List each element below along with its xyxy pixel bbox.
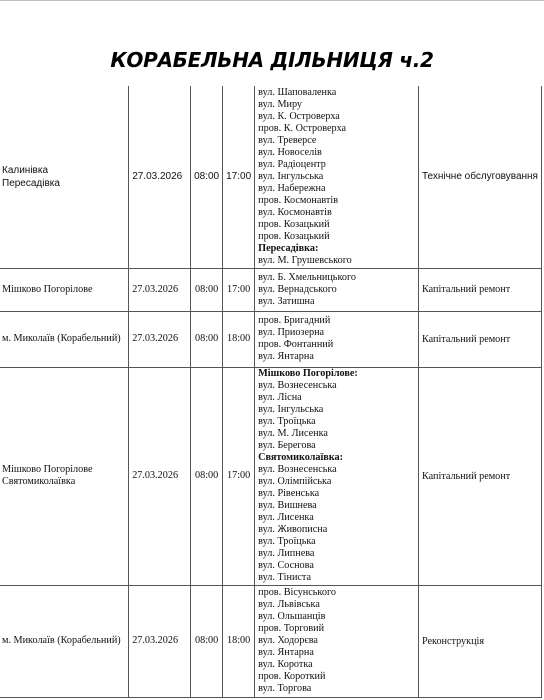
- end-time-cell: 17:00: [223, 86, 255, 268]
- street-item: вул. М. Лисенка: [258, 428, 415, 440]
- street-item: вул. Янтарна: [258, 351, 415, 363]
- location-name: Пересадівка: [2, 177, 125, 190]
- page-title: КОРАБЕЛЬНА ДІЛЬНИЦЯ ч.2: [0, 48, 544, 72]
- street-item: вул. М. Грушевського: [258, 255, 415, 267]
- date-cell: 27.03.2026: [129, 311, 191, 367]
- settlement-heading: Пересадівка:: [258, 243, 415, 255]
- location-name: Мішково Погорілове: [2, 464, 125, 476]
- street-item: вул. Миру: [258, 99, 415, 111]
- street-item: пров. Вісунського: [258, 587, 415, 599]
- street-item: вул. Тіниста: [258, 572, 415, 584]
- street-item: вул. Інгульська: [258, 404, 415, 416]
- street-item: пров. Торговий: [258, 623, 415, 635]
- end-time-cell: 17:00: [223, 268, 255, 311]
- table-row: м. Миколаїв (Корабельний)27.03.202608:00…: [0, 585, 542, 697]
- work-type-cell: Реконструкція: [418, 585, 541, 697]
- table-row: м. Миколаїв (Корабельний)27.03.202608:00…: [0, 311, 542, 367]
- streets-cell: пров. Бригаднийвул. Приозернапров. Фонта…: [255, 311, 419, 367]
- street-item: вул. Шаповаленка: [258, 87, 415, 99]
- start-time-cell: 08:00: [191, 268, 223, 311]
- street-item: вул. Живописна: [258, 524, 415, 536]
- street-item: пров. Козацький: [258, 219, 415, 231]
- street-item: вул. Космонавтів: [258, 207, 415, 219]
- location-name: м. Миколаїв (Корабельний): [2, 333, 125, 345]
- work-type-cell: Капітальний ремонт: [418, 268, 541, 311]
- street-item: вул. Треверсе: [258, 135, 415, 147]
- end-time-cell: 17:00: [223, 367, 255, 585]
- work-type-cell: Капітальний ремонт: [418, 311, 541, 367]
- street-item: вул. Троїцька: [258, 416, 415, 428]
- table-row: Мішково Погорілове27.03.202608:0017:00ву…: [0, 268, 542, 311]
- end-time-cell: 18:00: [223, 585, 255, 697]
- street-item: пров. Бригадний: [258, 315, 415, 327]
- street-item: вул. Ольшанців: [258, 611, 415, 623]
- location-cell: м. Миколаїв (Корабельний): [0, 311, 129, 367]
- street-item: вул. Лісна: [258, 392, 415, 404]
- street-item: вул. Новоселів: [258, 147, 415, 159]
- start-time-cell: 08:00: [191, 86, 223, 268]
- location-name: м. Миколаїв (Корабельний): [2, 635, 125, 647]
- street-item: вул. Вознесенська: [258, 380, 415, 392]
- street-item: вул. Вишнева: [258, 500, 415, 512]
- street-item: вул. Коротка: [258, 659, 415, 671]
- work-type-cell: Технічне обслуговування: [418, 86, 541, 268]
- street-item: пров. К. Островерха: [258, 123, 415, 135]
- location-cell: м. Миколаїв (Корабельний): [0, 585, 129, 697]
- street-item: вул. Ходорєва: [258, 635, 415, 647]
- streets-cell: вул. Шаповаленкавул. Мирувул. К. Острове…: [255, 86, 419, 268]
- street-item: вул. Троїцька: [258, 536, 415, 548]
- table-row: Мішково ПогоріловеСвятомиколаївка27.03.2…: [0, 367, 542, 585]
- street-item: вул. Олімпійська: [258, 476, 415, 488]
- street-item: вул. Соснова: [258, 560, 415, 572]
- street-item: вул. Інгульська: [258, 171, 415, 183]
- street-item: вул. Затишна: [258, 296, 415, 308]
- location-name: Мішково Погорілове: [2, 284, 125, 296]
- start-time-cell: 08:00: [191, 367, 223, 585]
- outage-schedule-table: КалинівкаПересадівка27.03.202608:0017:00…: [0, 86, 542, 698]
- location-cell: КалинівкаПересадівка: [0, 86, 129, 268]
- street-item: вул. Липнева: [258, 548, 415, 560]
- street-item: вул. Берегова: [258, 440, 415, 452]
- date-cell: 27.03.2026: [129, 367, 191, 585]
- street-item: вул. Радіоцентр: [258, 159, 415, 171]
- settlement-heading: Святомиколаївка:: [258, 452, 415, 464]
- streets-cell: Мішково Погорілове:вул. Вознесенськавул.…: [255, 367, 419, 585]
- table-row: КалинівкаПересадівка27.03.202608:0017:00…: [0, 86, 542, 268]
- street-item: вул. Вернадського: [258, 284, 415, 296]
- street-item: вул. Б. Хмельницького: [258, 272, 415, 284]
- street-item: пров. Козацький: [258, 231, 415, 243]
- date-cell: 27.03.2026: [129, 86, 191, 268]
- location-cell: Мішково ПогоріловеСвятомиколаївка: [0, 367, 129, 585]
- street-item: вул. Торгова: [258, 683, 415, 695]
- street-item: вул. Рівенська: [258, 488, 415, 500]
- street-item: пров. Космонавтів: [258, 195, 415, 207]
- street-item: пров. Фонтанний: [258, 339, 415, 351]
- start-time-cell: 08:00: [191, 311, 223, 367]
- end-time-cell: 18:00: [223, 311, 255, 367]
- street-item: вул. Янтарна: [258, 647, 415, 659]
- work-type-cell: Капітальний ремонт: [418, 367, 541, 585]
- location-name: Святомиколаївка: [2, 476, 125, 488]
- location-name: Калинівка: [2, 164, 125, 177]
- date-cell: 27.03.2026: [129, 268, 191, 311]
- street-item: вул. Лисенка: [258, 512, 415, 524]
- streets-cell: пров. Вісунськоговул. Львівськавул. Ольш…: [255, 585, 419, 697]
- street-item: вул. Вознесенська: [258, 464, 415, 476]
- streets-cell: вул. Б. Хмельницькоговул. Вернадськогову…: [255, 268, 419, 311]
- start-time-cell: 08:00: [191, 585, 223, 697]
- street-item: вул. Львівська: [258, 599, 415, 611]
- location-cell: Мішково Погорілове: [0, 268, 129, 311]
- street-item: вул. Приозерна: [258, 327, 415, 339]
- settlement-heading: Мішково Погорілове:: [258, 368, 415, 380]
- street-item: пров. Короткий: [258, 671, 415, 683]
- street-item: вул. К. Островерха: [258, 111, 415, 123]
- street-item: вул. Набережна: [258, 183, 415, 195]
- page-top-border: [0, 0, 544, 1]
- date-cell: 27.03.2026: [129, 585, 191, 697]
